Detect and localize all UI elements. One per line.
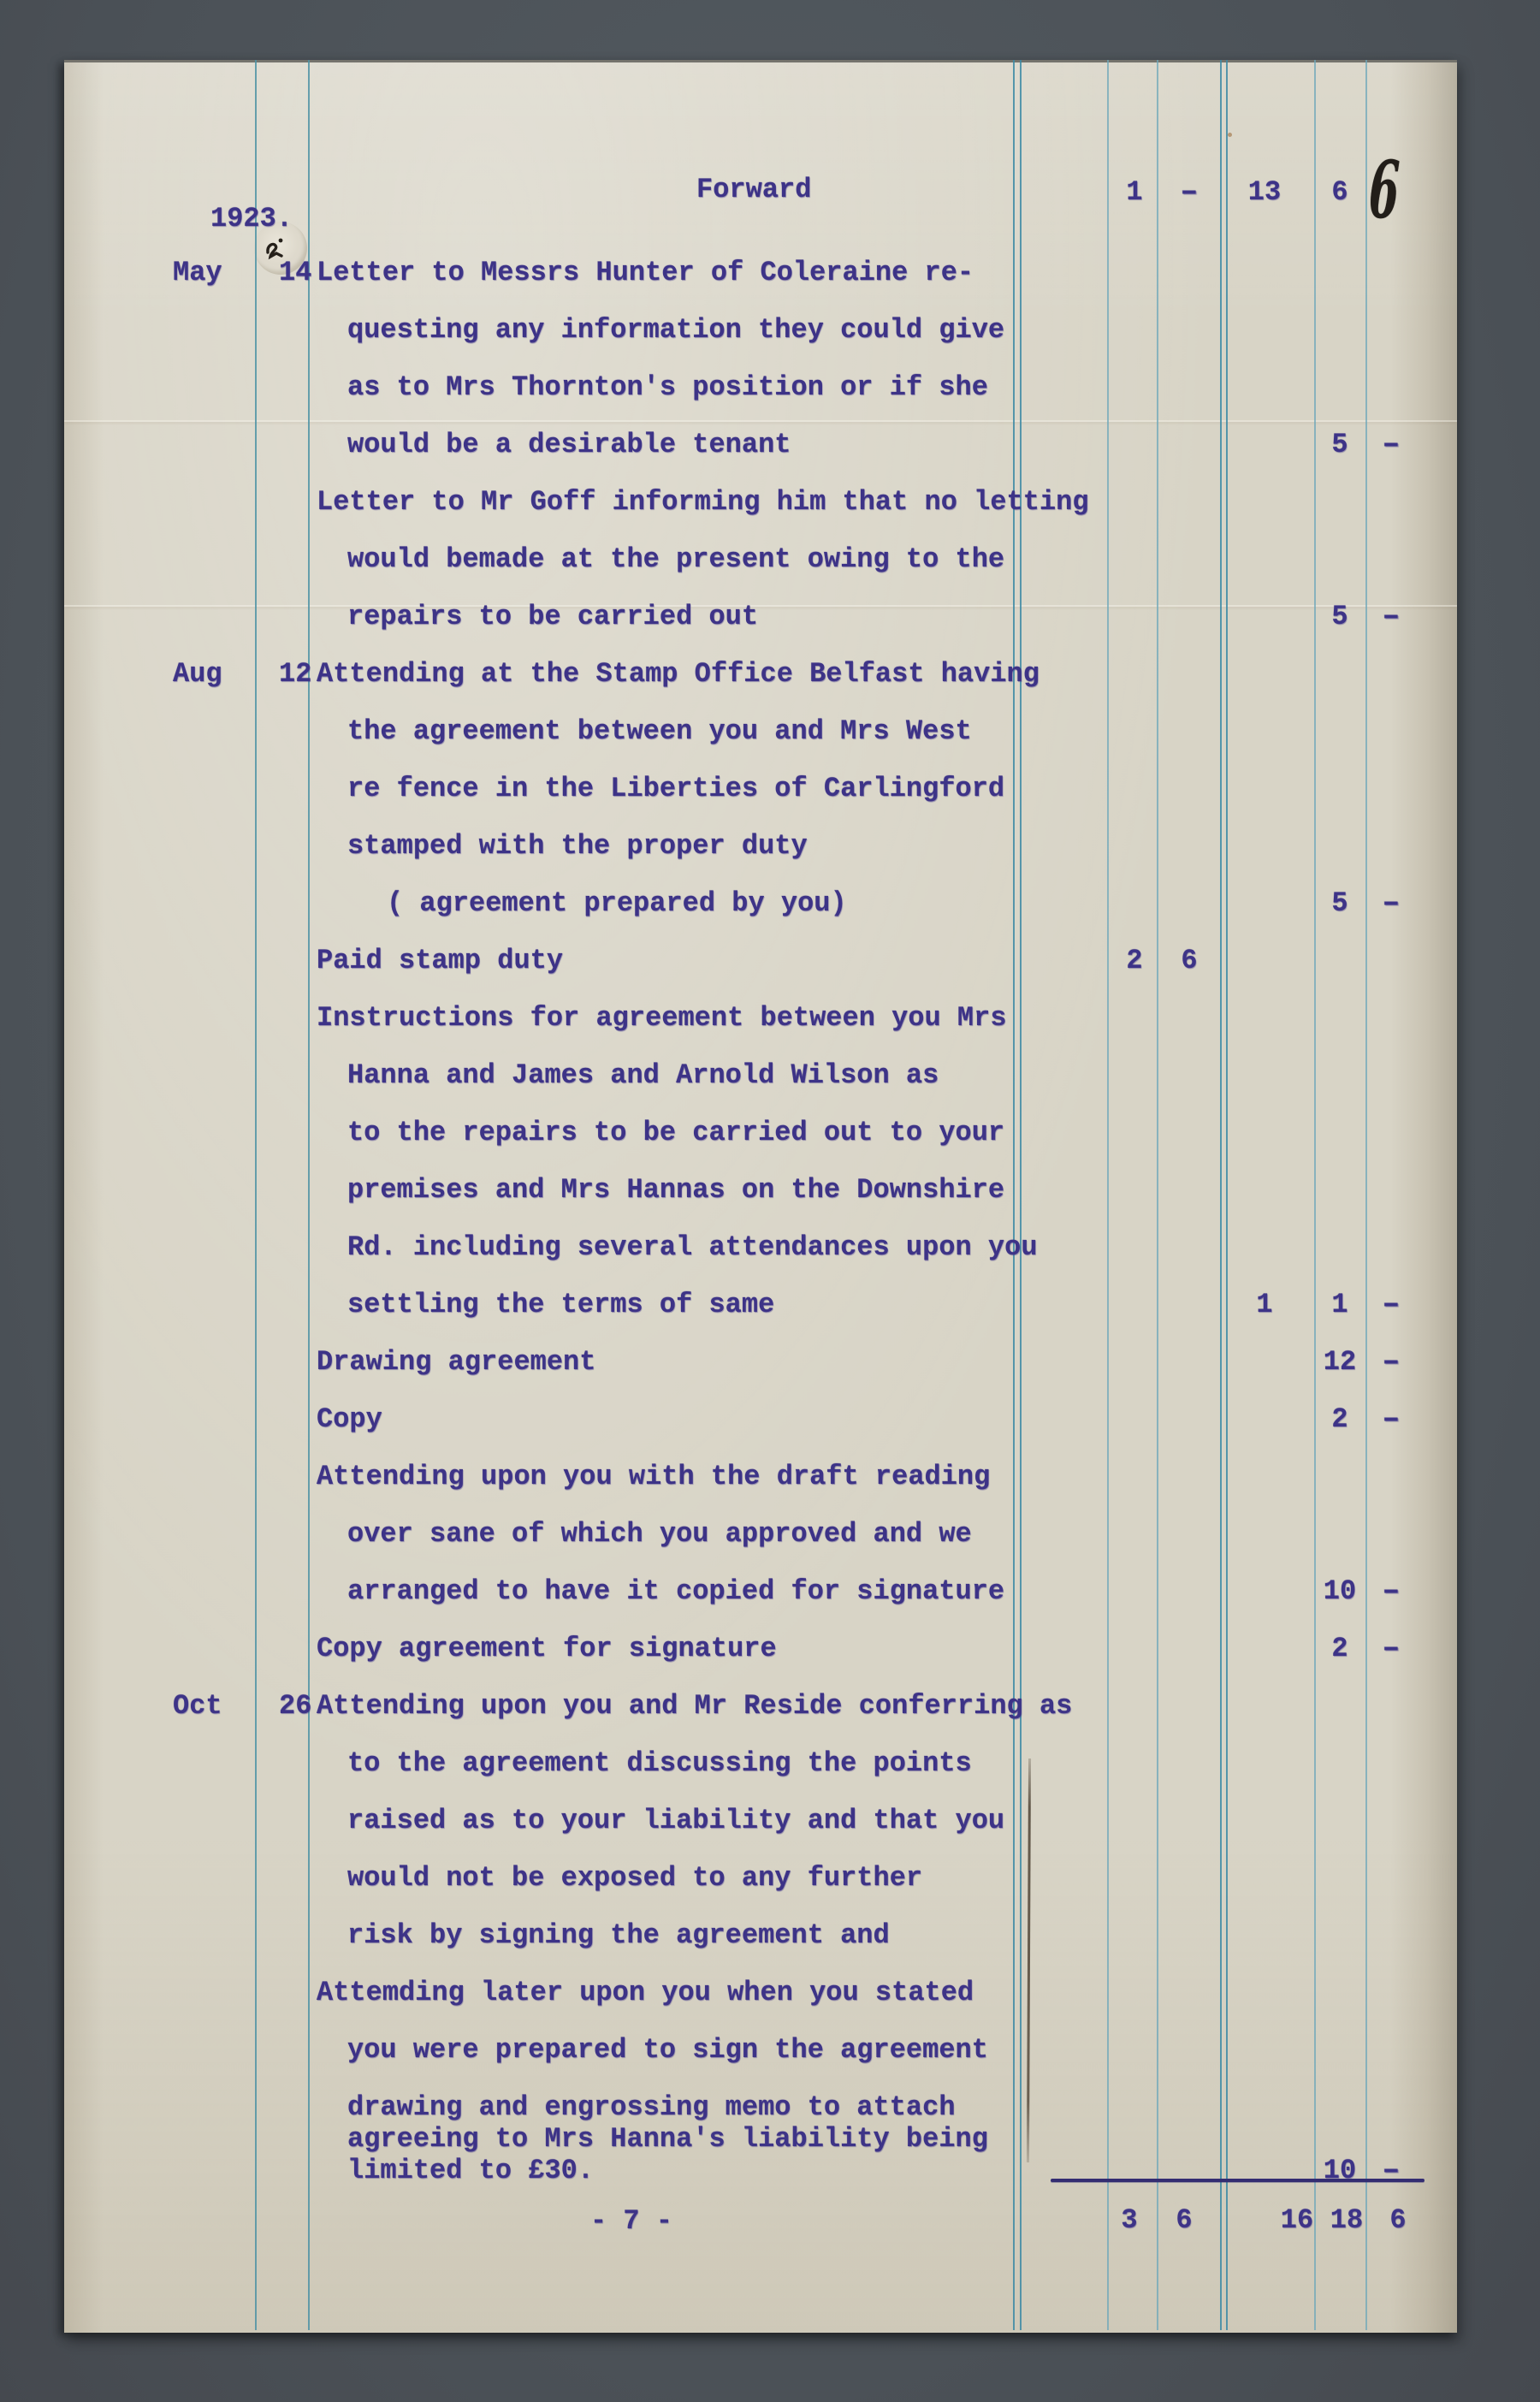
entry-text: Attending upon you with the draft readin… xyxy=(317,1463,990,1491)
page-number: - 7 - xyxy=(590,2208,672,2235)
entry-amount-g1d: 6 xyxy=(1181,947,1197,975)
entry-amount-g2s: 2 xyxy=(1331,1406,1347,1433)
entry-month: May xyxy=(173,259,222,287)
entry-text: questing any information they could give xyxy=(347,317,1004,344)
ruled-line-money-double-b xyxy=(1020,60,1022,2330)
entry-amount-g2s: 1 xyxy=(1331,1291,1347,1319)
entry-text: to the repairs to be carried out to your xyxy=(347,1119,1004,1147)
entry-text: Attemding later upon you when you stated xyxy=(317,1979,974,2007)
entry-text: would be a desirable tenant xyxy=(347,431,791,459)
entry-text: agreeing to Mrs Hanna's liability being xyxy=(347,2126,988,2153)
paper-crease xyxy=(64,420,1457,422)
entry-text: to the agreement discussing the points xyxy=(347,1750,972,1777)
ruled-line-g2-shillings xyxy=(1314,60,1316,2330)
total-amount-g1s: 3 xyxy=(1121,2207,1137,2234)
entry-text: would not be exposed to any further xyxy=(347,1865,922,1892)
entry-text: raised as to your liability and that you xyxy=(347,1807,1004,1835)
entry-text: Copy xyxy=(317,1406,382,1433)
entry-amount-g1s: 2 xyxy=(1126,947,1142,975)
entry-amount-g2d: - xyxy=(1377,431,1406,459)
entry-text: as to Mrs Thornton's position or if she xyxy=(347,374,988,401)
entry-text: Hanna and James and Arnold Wilson as xyxy=(347,1062,939,1089)
entry-text: settling the terms of same xyxy=(347,1291,774,1319)
entry-text: re fence in the Liberties of Carlingford xyxy=(347,775,1004,803)
ruled-line-g1-shillings xyxy=(1107,60,1109,2330)
paper-shading-right xyxy=(1390,62,1457,2333)
entry-month: Aug xyxy=(173,661,222,688)
year-label: 1923. xyxy=(210,205,293,233)
forward-amount-g2l: 13 xyxy=(1248,179,1281,206)
paper-crease xyxy=(64,605,1457,607)
entry-amount-g2d: - xyxy=(1377,603,1406,631)
entry-amount-g2d: - xyxy=(1377,1578,1406,1605)
entry-amount-g2s: 2 xyxy=(1331,1635,1347,1663)
entry-text: arranged to have it copied for signature xyxy=(347,1578,1004,1605)
entry-day: 12 xyxy=(279,661,311,688)
entry-amount-g2s: 5 xyxy=(1331,890,1347,917)
ruled-line-g2-double-b xyxy=(1226,60,1228,2330)
entry-text: Letter to Messrs Hunter of Coleraine re- xyxy=(317,259,974,287)
entry-text: stamped with the proper duty xyxy=(347,833,808,860)
entry-text: limited to £30. xyxy=(347,2157,594,2185)
paper-speck xyxy=(1228,133,1232,137)
entry-amount-g2d: - xyxy=(1377,1406,1406,1433)
entry-text: Instructions for agreement between you M… xyxy=(317,1005,1007,1032)
entry-text: repairs to be carried out xyxy=(347,603,758,631)
entry-amount-g2s: 5 xyxy=(1331,603,1347,631)
handwritten-pence: 6 xyxy=(1367,151,1401,229)
entry-text: the agreement between you and Mrs West xyxy=(347,718,972,745)
entry-amount-g2d: - xyxy=(1377,1349,1406,1376)
entry-amount-g2d: - xyxy=(1377,1291,1406,1319)
paper-shading-left xyxy=(64,62,104,2333)
ruled-line-g2-pence xyxy=(1365,60,1367,2330)
forward-amount-g1s: 1 xyxy=(1126,179,1142,206)
forward-label: Forward xyxy=(696,176,811,204)
entry-amount-g2d: - xyxy=(1377,890,1406,917)
entry-text: Rd. including several attendances upon y… xyxy=(347,1234,1038,1261)
entry-amount-g2s: 5 xyxy=(1331,431,1347,459)
entry-text: drawing and engrossing memo to attach xyxy=(347,2094,956,2121)
entry-text: risk by signing the agreement and xyxy=(347,1922,890,1949)
total-amount-g2s: 18 xyxy=(1330,2207,1363,2234)
ruled-line-g2-double-a xyxy=(1220,60,1222,2330)
entry-text: over sane of which you approved and we xyxy=(347,1521,972,1548)
entry-day: 14 xyxy=(279,259,311,287)
entry-month: Oct xyxy=(173,1693,222,1720)
entry-amount-g2s: 10 xyxy=(1324,1578,1356,1605)
ruled-line-g1-pence xyxy=(1157,60,1158,2330)
entry-text: Attending at the Stamp Office Belfast ha… xyxy=(317,661,1039,688)
total-amount-g1d: 6 xyxy=(1176,2207,1192,2234)
entry-text: Letter to Mr Goff informing him that no … xyxy=(317,489,1089,516)
total-rule-line xyxy=(1051,2179,1424,2182)
entry-text: Copy agreement for signature xyxy=(317,1635,777,1663)
total-amount-g2l: 16 xyxy=(1281,2207,1313,2234)
entry-text: would bemade at the present owing to the xyxy=(347,546,1004,573)
ruled-line-money-double-a xyxy=(1013,60,1015,2330)
entry-text: ( agreement prepared by you) xyxy=(387,890,847,917)
entry-day: 26 xyxy=(279,1693,311,1720)
entry-text: Drawing agreement xyxy=(317,1349,595,1376)
entry-amount-g2d: - xyxy=(1377,1635,1406,1663)
forward-amount-g1d: - xyxy=(1176,179,1204,206)
screenshot-root: { "header": { "year_label": "1923.", "fo… xyxy=(0,0,1540,2402)
entry-text: Attending upon you and Mr Reside conferr… xyxy=(317,1693,1072,1720)
entry-text: you were prepared to sign the agreement xyxy=(347,2037,988,2064)
forward-amount-g2s: 6 xyxy=(1331,179,1347,206)
entry-text: premises and Mrs Hannas on the Downshire xyxy=(347,1177,1004,1204)
entry-text: Paid stamp duty xyxy=(317,947,563,975)
ruled-line-day xyxy=(308,60,310,2330)
entry-amount-g2l: 1 xyxy=(1256,1291,1272,1319)
entry-amount-g2s: 12 xyxy=(1324,1349,1356,1376)
scan-background: Forward 1923. 6 1-136May14Letter to Mess… xyxy=(0,0,1540,2402)
total-amount-g2d: 6 xyxy=(1389,2207,1406,2234)
ruled-line-date xyxy=(255,60,257,2330)
